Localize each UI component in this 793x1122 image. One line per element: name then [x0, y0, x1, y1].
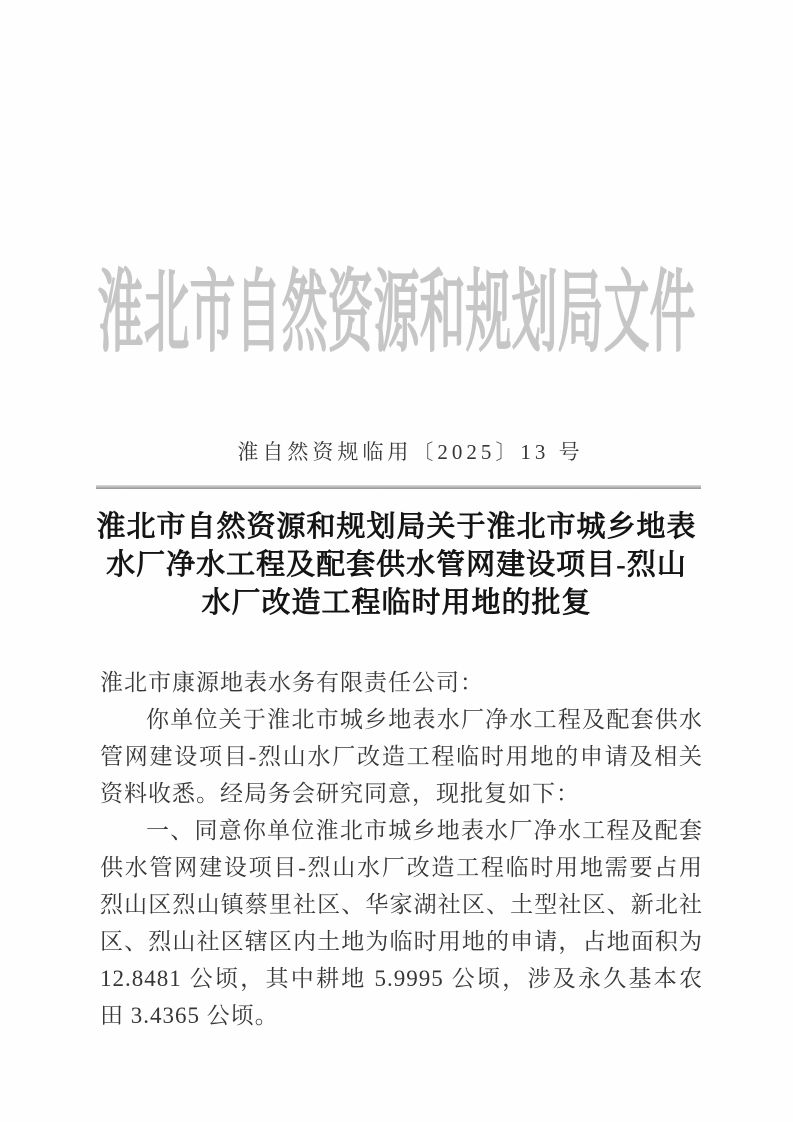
title-line-2: 水厂净水工程及配套供水管网建设项目-烈山 — [50, 546, 743, 584]
intro-paragraph: 你单位关于淮北市城乡地表水厂净水工程及配套供水管网建设项目-烈山水厂改造工程临时… — [100, 701, 703, 812]
title-line-1: 淮北市自然资源和规划局关于淮北市城乡地表 — [50, 508, 743, 546]
letterhead-text: 淮北市自然资源和规划局文件 — [98, 242, 696, 371]
document-body: 淮北市康源地表水务有限责任公司： 你单位关于淮北市城乡地表水厂净水工程及配套供水… — [100, 664, 703, 1034]
title-line-3: 水厂改造工程临时用地的批复 — [50, 584, 743, 622]
document-title: 淮北市自然资源和规划局关于淮北市城乡地表 水厂净水工程及配套供水管网建设项目-烈… — [50, 508, 743, 622]
document-page: 淮北市自然资源和规划局文件 淮自然资规临用〔2025〕13 号 淮北市自然资源和… — [0, 0, 793, 1122]
header-divider — [96, 485, 701, 489]
item-one-paragraph: 一、同意你单位淮北市城乡地表水厂净水工程及配套供水管网建设项目-烈山水厂改造工程… — [100, 812, 703, 1034]
recipient-line: 淮北市康源地表水务有限责任公司： — [100, 664, 703, 701]
document-number: 淮自然资规临用〔2025〕13 号 — [14, 436, 793, 466]
